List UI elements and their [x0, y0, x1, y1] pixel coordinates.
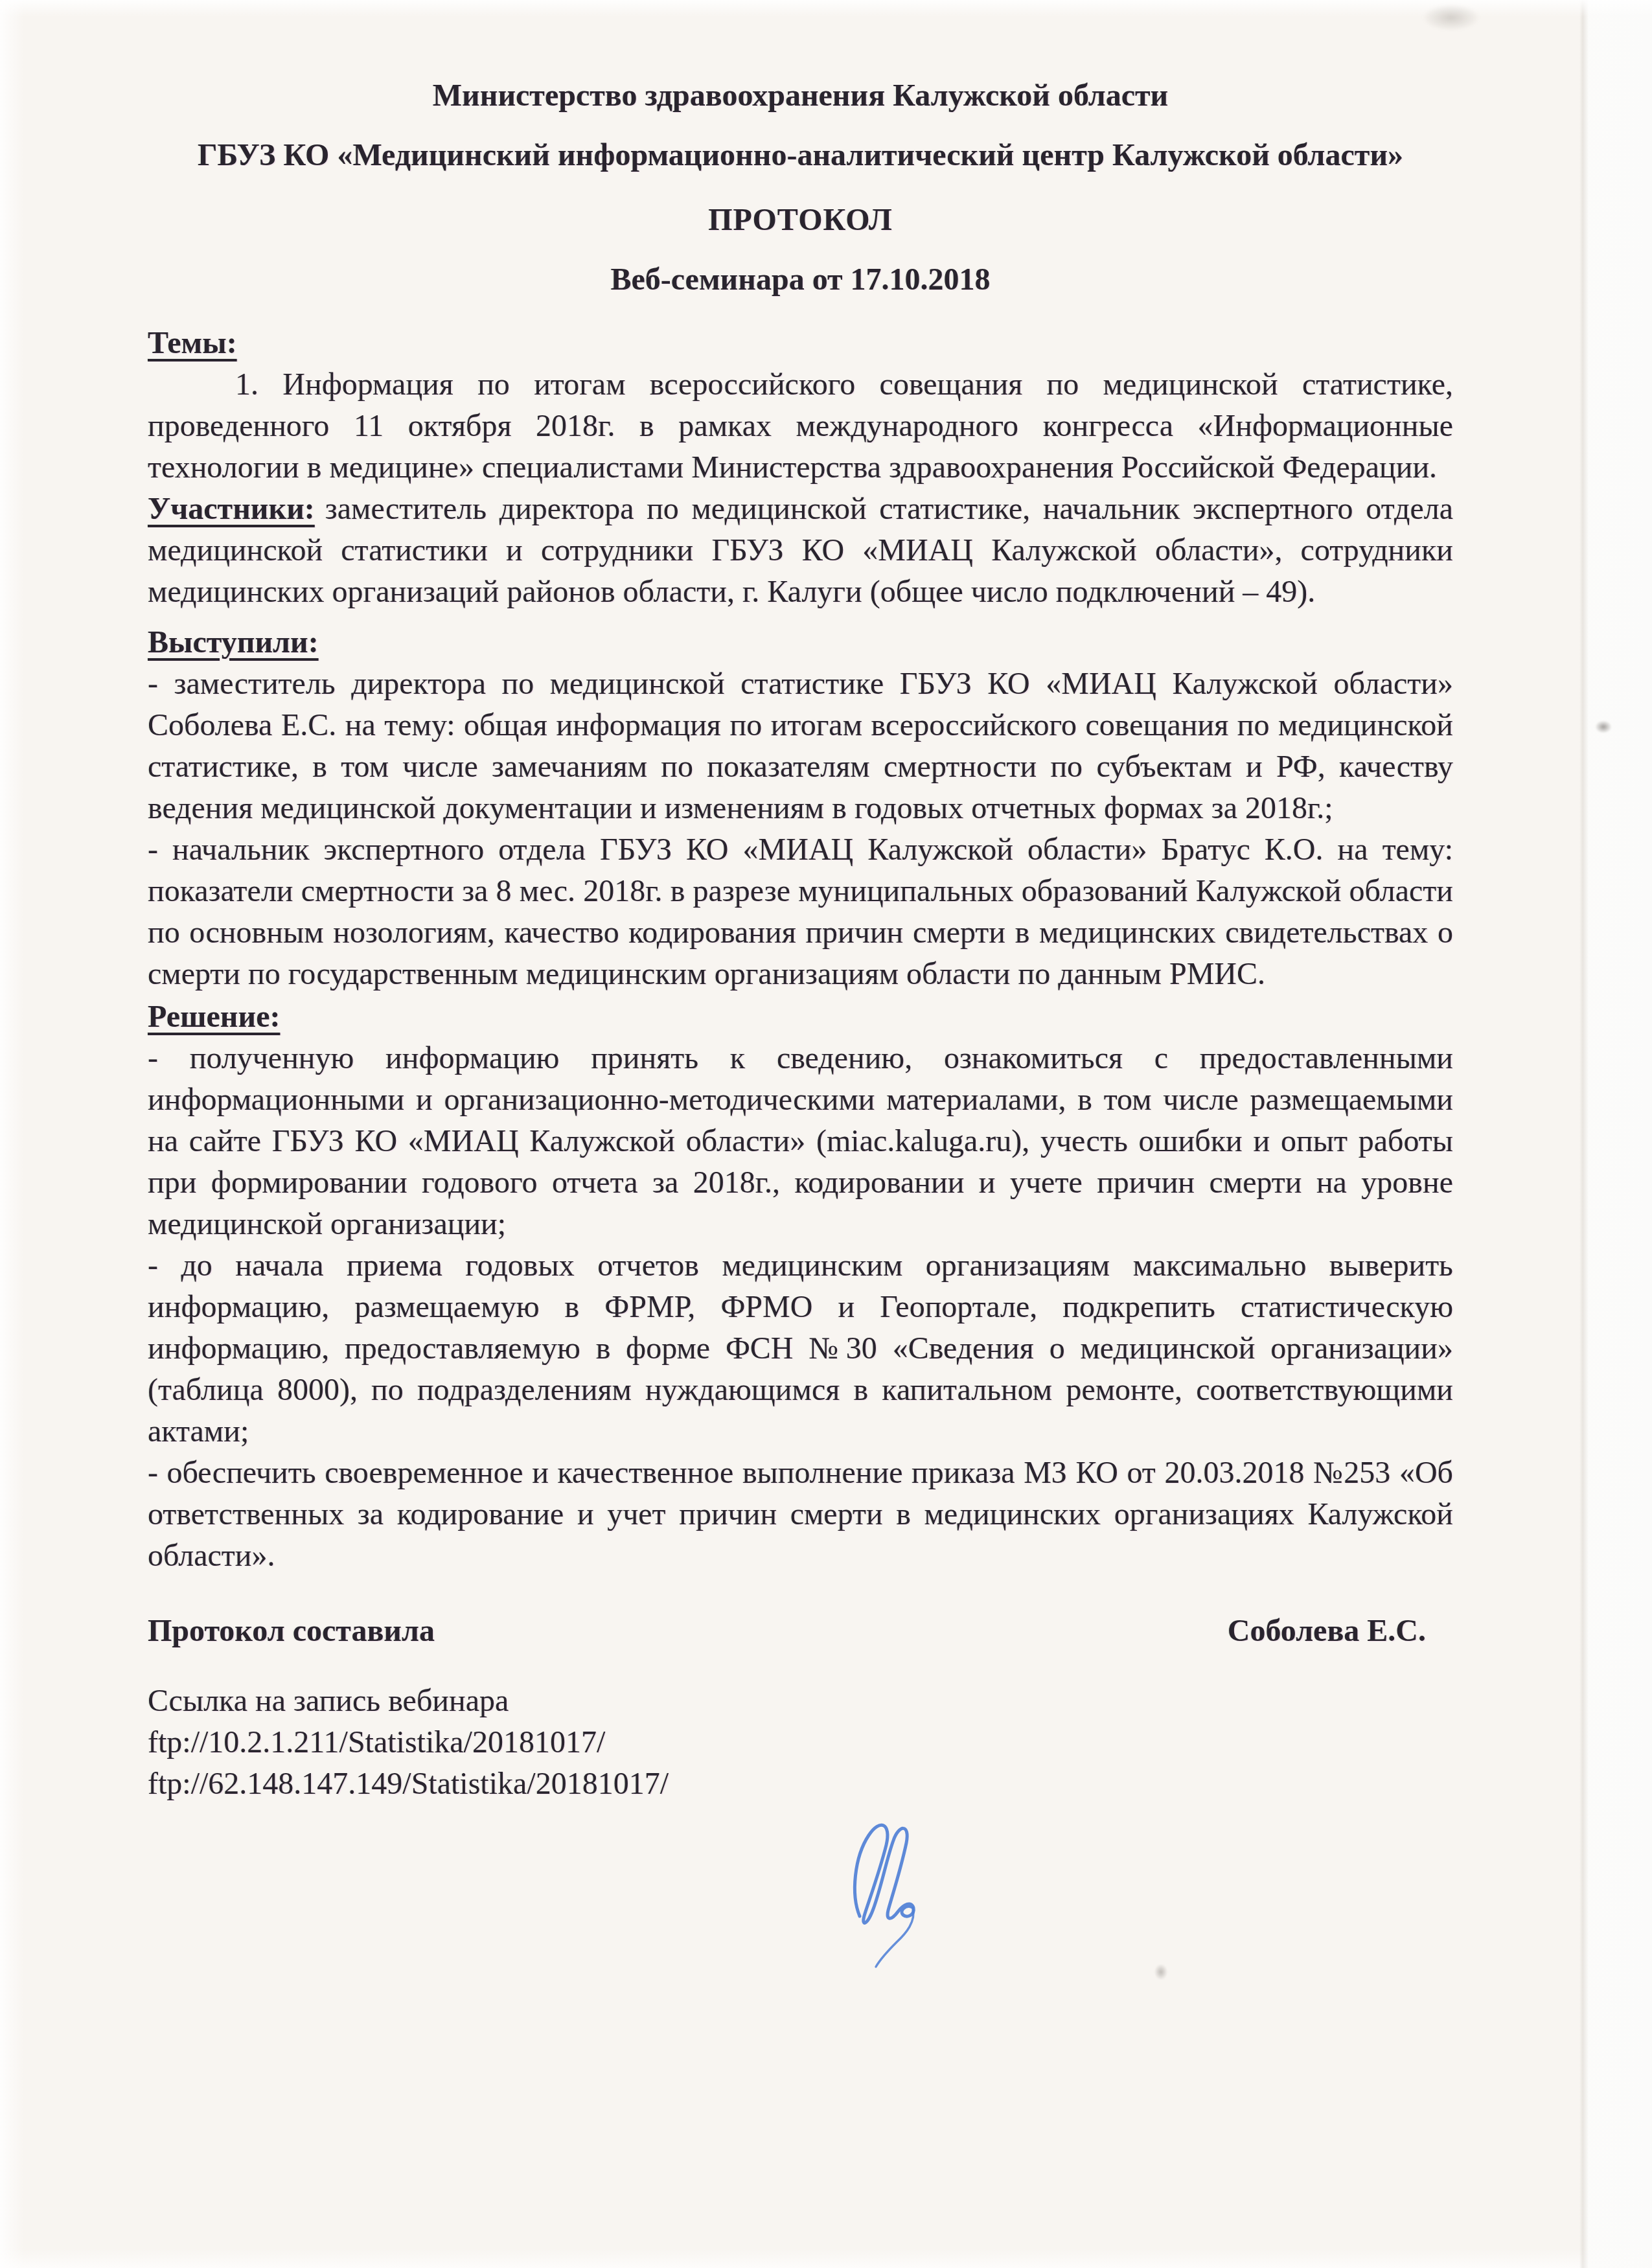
speaker-item: - заместитель директора по медицинской с…: [148, 663, 1453, 829]
participants-heading-label: Участники:: [148, 492, 315, 526]
ftp-link: ftp://10.2.1.211/Statistika/20181017/: [148, 1722, 1453, 1763]
participants-text: заместитель директора по медицинской ста…: [148, 492, 1453, 609]
ftp-link: ftp://62.148.147.149/Statistika/20181017…: [148, 1763, 1453, 1805]
paper-smudge: [1595, 720, 1612, 733]
speakers-heading: Выступили:: [148, 622, 1453, 663]
document-type-title: ПРОТОКОЛ: [148, 200, 1453, 241]
protocol-author-label: Протокол составила: [148, 1610, 435, 1652]
speakers-heading-label: Выступили:: [148, 625, 319, 659]
speaker-item: - начальник экспертного отдела ГБУЗ КО «…: [148, 829, 1453, 995]
decision-item: - полученную информацию принять к сведен…: [148, 1038, 1453, 1245]
scanned-protocol-page: Министерство здравоохранения Калужской о…: [0, 0, 1652, 2268]
signature-row: Протокол составила Соболева Е.С.: [148, 1610, 1453, 1652]
paper-smudge: [1154, 1964, 1167, 1980]
topics-heading: Темы:: [148, 323, 1453, 364]
decision-item: - до начала приема годовых отчетов медиц…: [148, 1245, 1453, 1452]
topics-paragraph: 1. Информация по итогам всероссийского с…: [148, 364, 1453, 488]
topics-heading-label: Темы:: [148, 326, 237, 360]
participants-paragraph: Участники:заместитель директора по медиц…: [148, 488, 1453, 613]
handwritten-signature-icon: [850, 1818, 948, 1972]
webinar-links-block: Ссылка на запись вебинара ftp://10.2.1.2…: [148, 1680, 1453, 1805]
decision-heading: Решение:: [148, 996, 1453, 1038]
protocol-author-name: Соболева Е.С.: [1228, 1610, 1426, 1652]
decision-item: - обеспечить своевременное и качественно…: [148, 1452, 1453, 1577]
document-body: Министерство здравоохранения Калужской о…: [148, 0, 1453, 1805]
ministry-title: Министерство здравоохранения Калужской о…: [148, 75, 1453, 117]
organization-title: ГБУЗ КО «Медицинский информационно-анали…: [148, 135, 1453, 176]
decision-heading-label: Решение:: [148, 1000, 280, 1034]
webinar-link-label: Ссылка на запись вебинара: [148, 1680, 1453, 1722]
document-subtitle: Веб-семинара от 17.10.2018: [148, 259, 1453, 301]
